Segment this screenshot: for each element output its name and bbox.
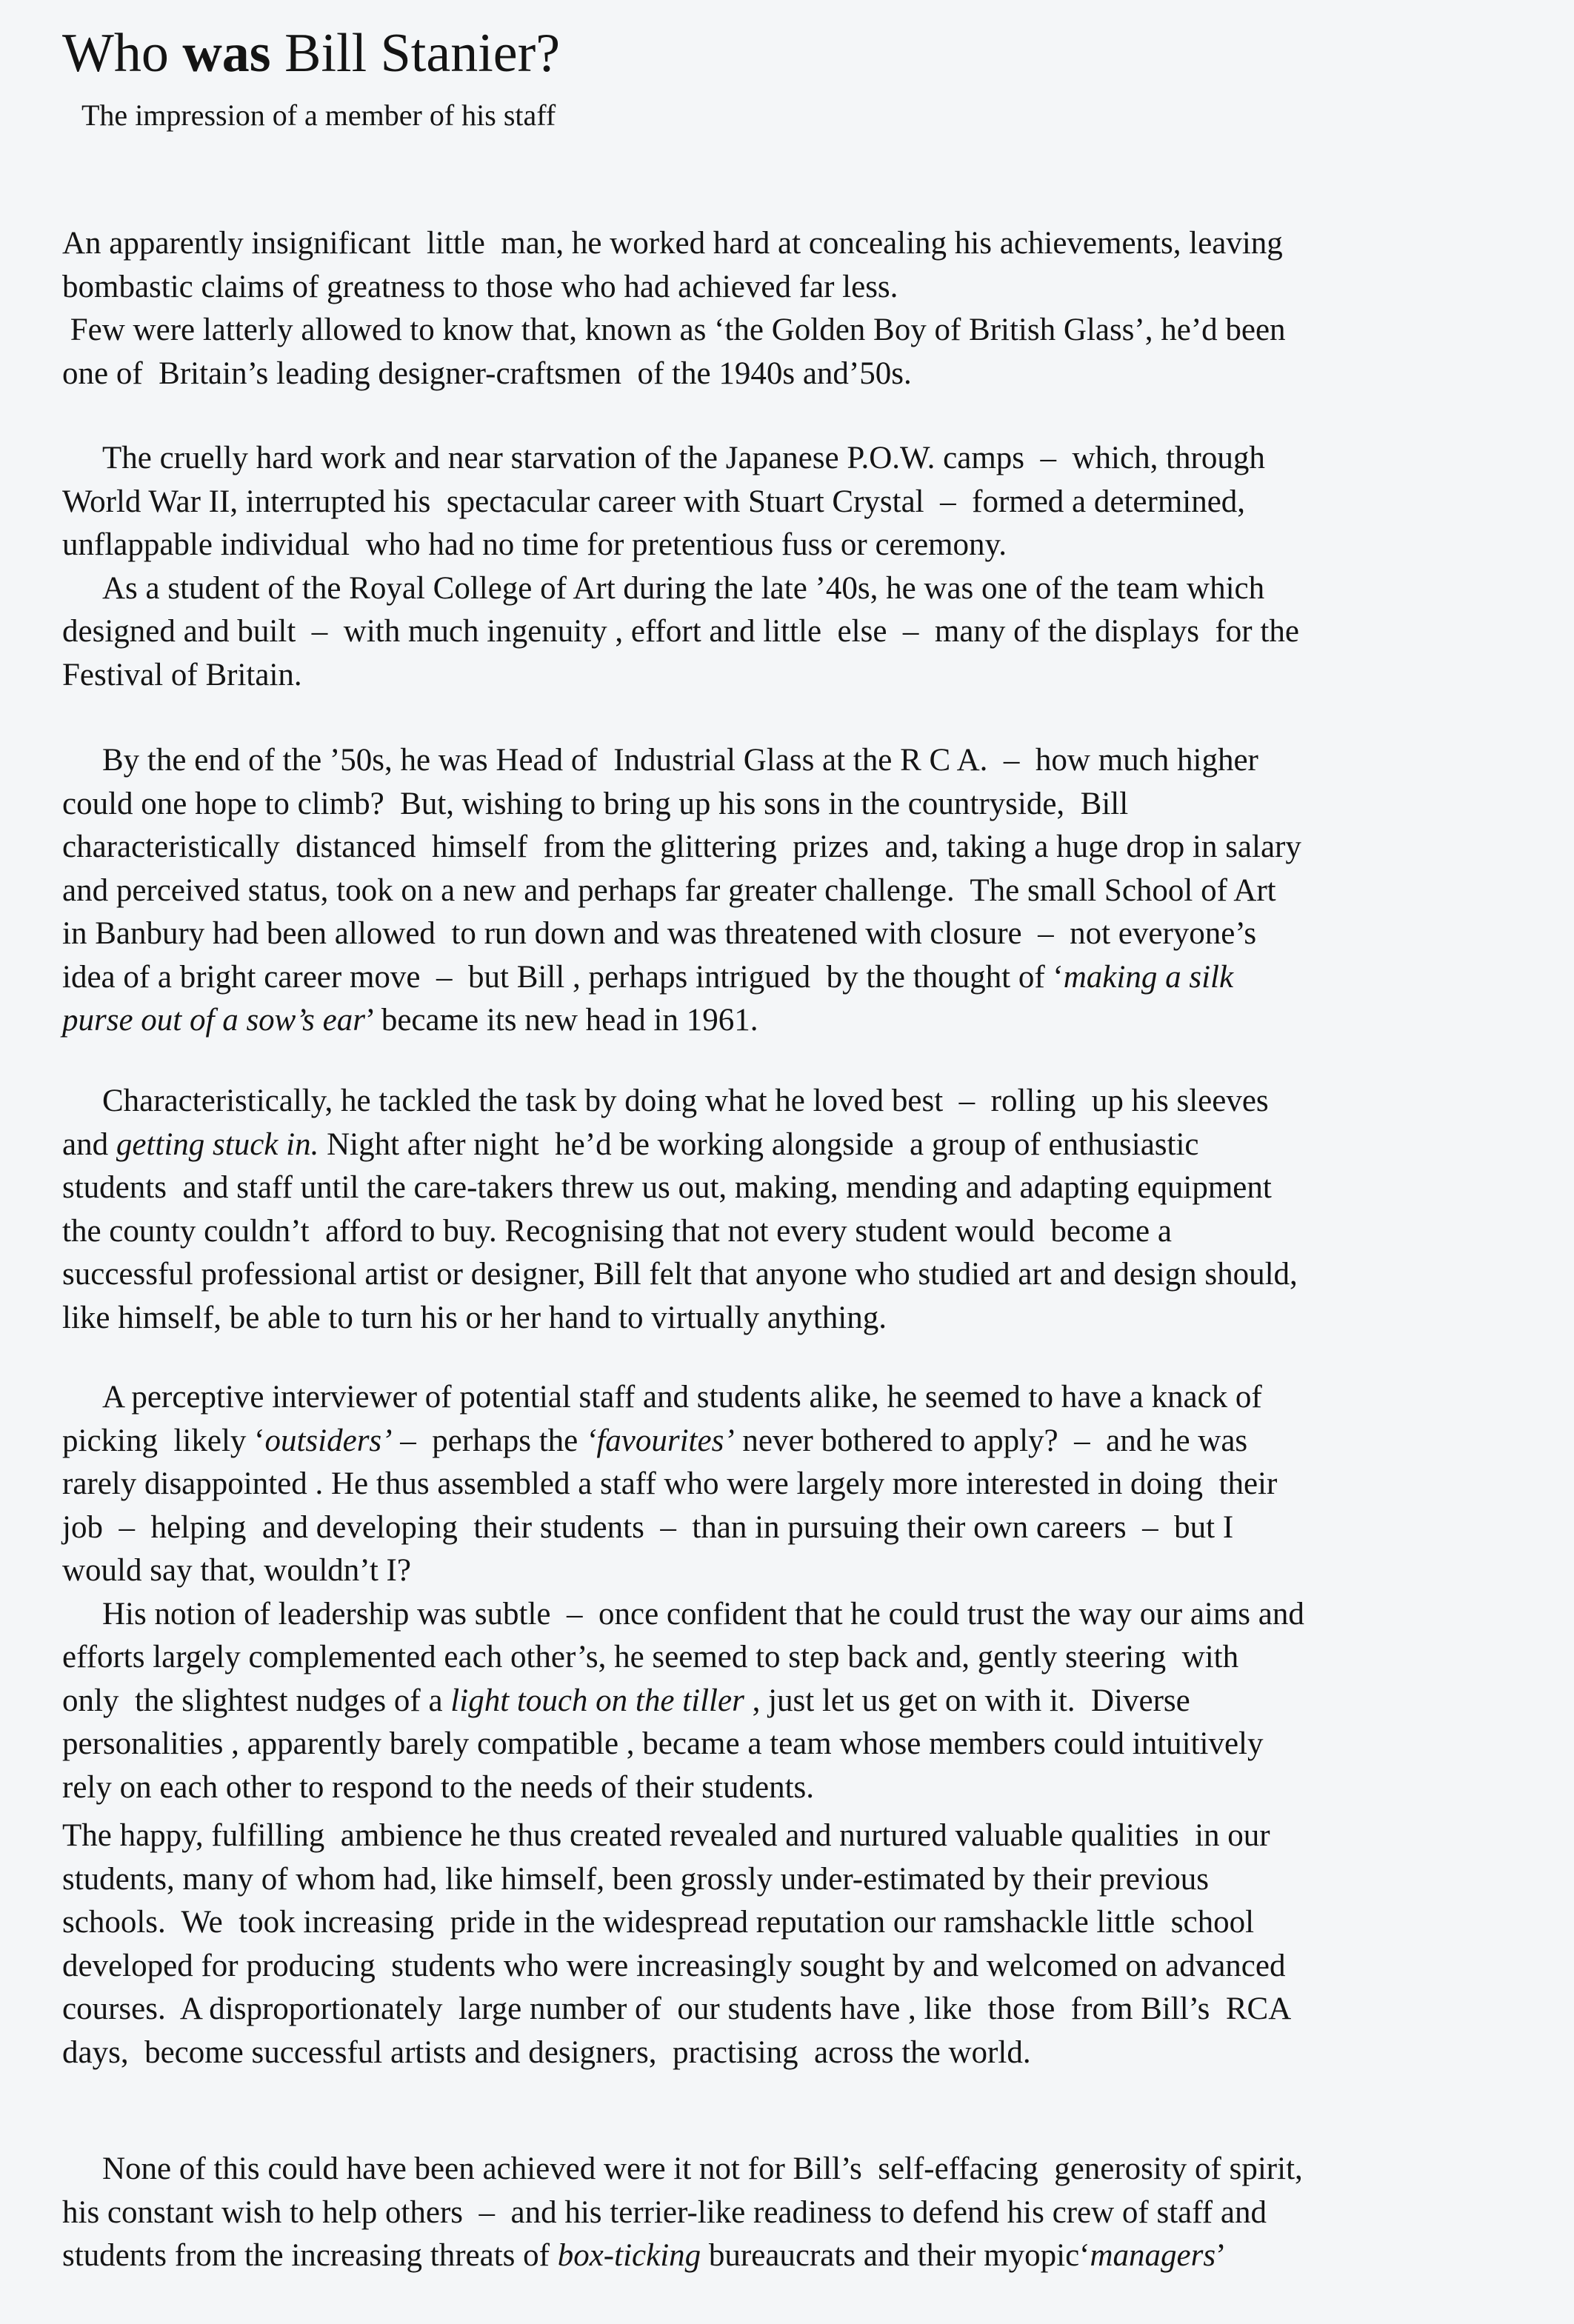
text-line: The happy, fulfilling ambience he thus c… xyxy=(62,1814,1529,1858)
text-run: ’ xyxy=(1215,2238,1226,2273)
italic-run: outsiders’ xyxy=(264,1423,392,1458)
text-run: , just let us get on with it. Diverse xyxy=(744,1683,1190,1718)
text-line: As a student of the Royal College of Art… xyxy=(62,567,1529,611)
text-line: courses. A disproportionately large numb… xyxy=(62,1988,1529,2031)
text-line: and perceived status, took on a new and … xyxy=(62,869,1529,913)
text-line: characteristically distanced himself fro… xyxy=(62,826,1529,869)
text-line: job – helping and developing their stude… xyxy=(62,1506,1529,1550)
paragraph-3: By the end of the ’50s, he was Head of I… xyxy=(62,739,1529,1043)
text-line: An apparently insignificant little man, … xyxy=(62,222,1529,266)
italic-run: light touch on the tiller xyxy=(450,1683,744,1718)
text-run: Night after night he’d be working alongs… xyxy=(319,1127,1198,1162)
italic-run: managers xyxy=(1090,2238,1215,2273)
paragraph-2: The cruelly hard work and near starvatio… xyxy=(62,437,1529,697)
text-line: None of this could have been achieved we… xyxy=(62,2148,1529,2191)
text-line: designed and built – with much ingenuity… xyxy=(62,610,1529,654)
text-run: never bothered to apply? – and he was xyxy=(735,1423,1248,1458)
text-line: purse out of a sow’s ear’ became its new… xyxy=(62,999,1529,1043)
title-bold-word: was xyxy=(182,23,270,84)
text-line: only the slightest nudges of a light tou… xyxy=(62,1680,1529,1723)
text-line: successful professional artist or design… xyxy=(62,1253,1529,1297)
document-page: Who was Bill Stanier? The impression of … xyxy=(0,0,1574,2324)
text-line: World War II, interrupted his spectacula… xyxy=(62,481,1529,524)
italic-run: box-ticking xyxy=(558,2238,701,2273)
text-line: schools. We took increasing pride in the… xyxy=(62,1901,1529,1945)
paragraph-4: Characteristically, he tackled the task … xyxy=(62,1080,1529,1340)
text-run: only the slightest nudges of a xyxy=(62,1683,450,1718)
text-line: in Banbury had been allowed to run down … xyxy=(62,912,1529,956)
text-line: rarely disappointed . He thus assembled … xyxy=(62,1463,1529,1506)
text-line: personalities , apparently barely compat… xyxy=(62,1723,1529,1766)
text-line: like himself, be able to turn his or her… xyxy=(62,1297,1529,1340)
text-run: idea of a bright career move – but Bill … xyxy=(62,960,1064,995)
text-line: efforts largely complemented each other’… xyxy=(62,1636,1529,1680)
paragraph-6: The happy, fulfilling ambience he thus c… xyxy=(62,1814,1529,2074)
paragraph-1: An apparently insignificant little man, … xyxy=(62,222,1529,395)
text-run: and xyxy=(62,1127,116,1162)
text-line: His notion of leadership was subtle – on… xyxy=(62,1593,1529,1637)
text-run: – perhaps the xyxy=(392,1423,586,1458)
text-line: Characteristically, he tackled the task … xyxy=(62,1080,1529,1123)
text-line: unflappable individual who had no time f… xyxy=(62,524,1529,567)
text-run: picking likely ‘ xyxy=(62,1423,264,1458)
text-line: idea of a bright career move – but Bill … xyxy=(62,956,1529,1000)
italic-run: getting stuck in. xyxy=(116,1127,319,1162)
text-line: Few were latterly allowed to know that, … xyxy=(62,309,1529,353)
italic-run: ‘favourites’ xyxy=(586,1423,735,1458)
text-line: rely on each other to respond to the nee… xyxy=(62,1766,1529,1810)
text-line: could one hope to climb? But, wishing to… xyxy=(62,783,1529,827)
text-line: developed for producing students who wer… xyxy=(62,1945,1529,1989)
paragraph-5: A perceptive interviewer of potential st… xyxy=(62,1376,1529,1809)
text-run: bureaucrats and their myopic‘ xyxy=(701,2238,1090,2273)
text-line: students, many of whom had, like himself… xyxy=(62,1858,1529,1902)
text-line: students from the increasing threats of … xyxy=(62,2234,1529,2278)
text-line: The cruelly hard work and near starvatio… xyxy=(62,437,1529,481)
italic-run: purse out of a sow’s ear xyxy=(62,1003,365,1038)
text-line: By the end of the ’50s, he was Head of I… xyxy=(62,739,1529,783)
text-line: days, become successful artists and desi… xyxy=(62,2031,1529,2075)
text-line: picking likely ‘outsiders’ – perhaps the… xyxy=(62,1420,1529,1463)
text-line: and getting stuck in. Night after night … xyxy=(62,1123,1529,1167)
italic-run: making a silk xyxy=(1064,960,1233,995)
text-line: the county couldn’t afford to buy. Recog… xyxy=(62,1210,1529,1254)
text-line: bombastic claims of greatness to those w… xyxy=(62,266,1529,310)
text-line: students and staff until the care-takers… xyxy=(62,1166,1529,1210)
text-run: ’ became its new head in 1961. xyxy=(365,1003,758,1038)
title-suffix: Bill Stanier? xyxy=(271,23,561,84)
page-subtitle: The impression of a member of his staff xyxy=(81,98,556,133)
text-line: would say that, wouldn’t I? xyxy=(62,1549,1529,1593)
text-run: students from the increasing threats of xyxy=(62,2238,558,2273)
text-line: his constant wish to help others – and h… xyxy=(62,2191,1529,2235)
title-prefix: Who xyxy=(62,23,182,84)
text-line: Festival of Britain. xyxy=(62,654,1529,698)
text-line: A perceptive interviewer of potential st… xyxy=(62,1376,1529,1420)
page-title: Who was Bill Stanier? xyxy=(62,22,560,84)
text-line: one of Britain’s leading designer-crafts… xyxy=(62,353,1529,396)
paragraph-7: None of this could have been achieved we… xyxy=(62,2148,1529,2278)
